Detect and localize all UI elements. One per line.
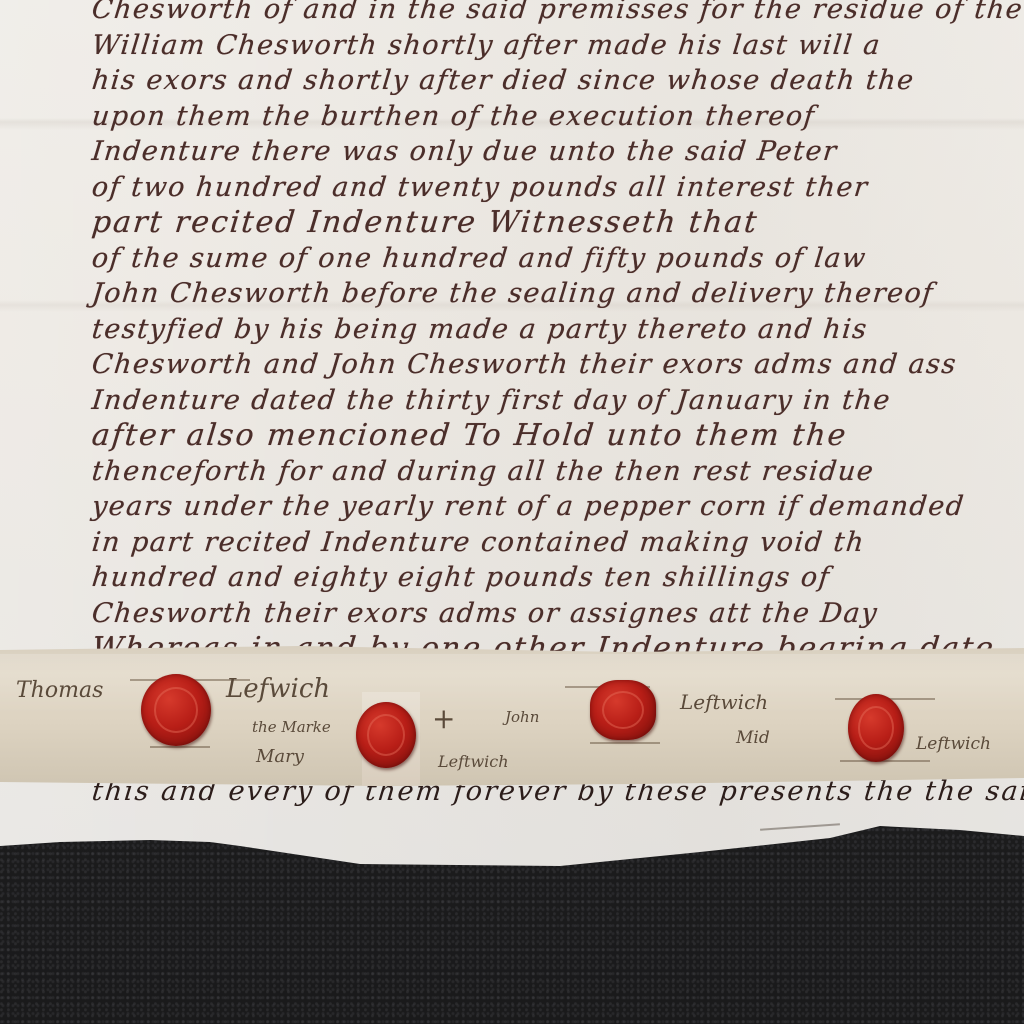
- wax-seal-4: [848, 694, 904, 762]
- text-line: his exors and shortly after died since w…: [90, 63, 1024, 99]
- signature-john: John: [505, 708, 539, 726]
- text-line-witnesseth: part recited Indenture Witnesseth that: [90, 205, 1024, 241]
- text-line: testyfied by his being made a party ther…: [90, 312, 1024, 348]
- signature-leftwich-4: Leftwich: [916, 734, 991, 754]
- left-margin: [0, 0, 92, 640]
- text-line: in part recited Indenture contained maki…: [90, 525, 1024, 561]
- wax-seal-1: [141, 674, 211, 746]
- text-line: thenceforth for and during all the then …: [90, 454, 1024, 490]
- seal-slit: [590, 742, 660, 744]
- wax-seal-3: [590, 680, 656, 740]
- parchment-crack: [760, 823, 840, 831]
- seal-strip: Thomas Lefwich the Marke Mary + Leftwich…: [0, 646, 1024, 786]
- annotation-the-marke: the Marke: [252, 718, 331, 736]
- signature-thomas: Thomas: [16, 678, 103, 703]
- text-line: years under the yearly rent of a pepper …: [90, 489, 1024, 525]
- text-line: John Chesworth before the sealing and de…: [90, 276, 1024, 312]
- wax-seal-2: [356, 702, 416, 768]
- text-line: of the sume of one hundred and fifty pou…: [90, 241, 1024, 277]
- text-line: Indenture dated the thirty first day of …: [90, 383, 1024, 419]
- seal-slit: [840, 760, 930, 762]
- text-line: Chesworth and John Chesworth their exors…: [90, 347, 1024, 383]
- seal-slit: [150, 746, 210, 748]
- signature-leftwich-2: Leftwich: [438, 752, 509, 771]
- cross-mark: +: [432, 702, 455, 735]
- signature-leftwich-3: Leftwich: [680, 690, 768, 714]
- signature-mary: Mary: [256, 746, 304, 767]
- text-line-to-hold: after also mencioned To Hold unto them t…: [90, 418, 1024, 454]
- text-line: William Chesworth shortly after made his…: [90, 28, 1024, 64]
- text-line: upon them the burthen of the execution t…: [90, 99, 1024, 135]
- signature-lefwich: Lefwich: [226, 674, 330, 704]
- text-line: Indenture there was only due unto the sa…: [90, 134, 1024, 170]
- text-line: Chesworth of and in the said premisses f…: [90, 0, 1024, 28]
- annotation-mid: Mid: [736, 728, 770, 748]
- text-line: Chesworth their exors adms or assignes a…: [90, 596, 1024, 632]
- text-line: hundred and eighty eight pounds ten shil…: [90, 560, 1024, 596]
- text-line: of two hundred and twenty pounds all int…: [90, 170, 1024, 206]
